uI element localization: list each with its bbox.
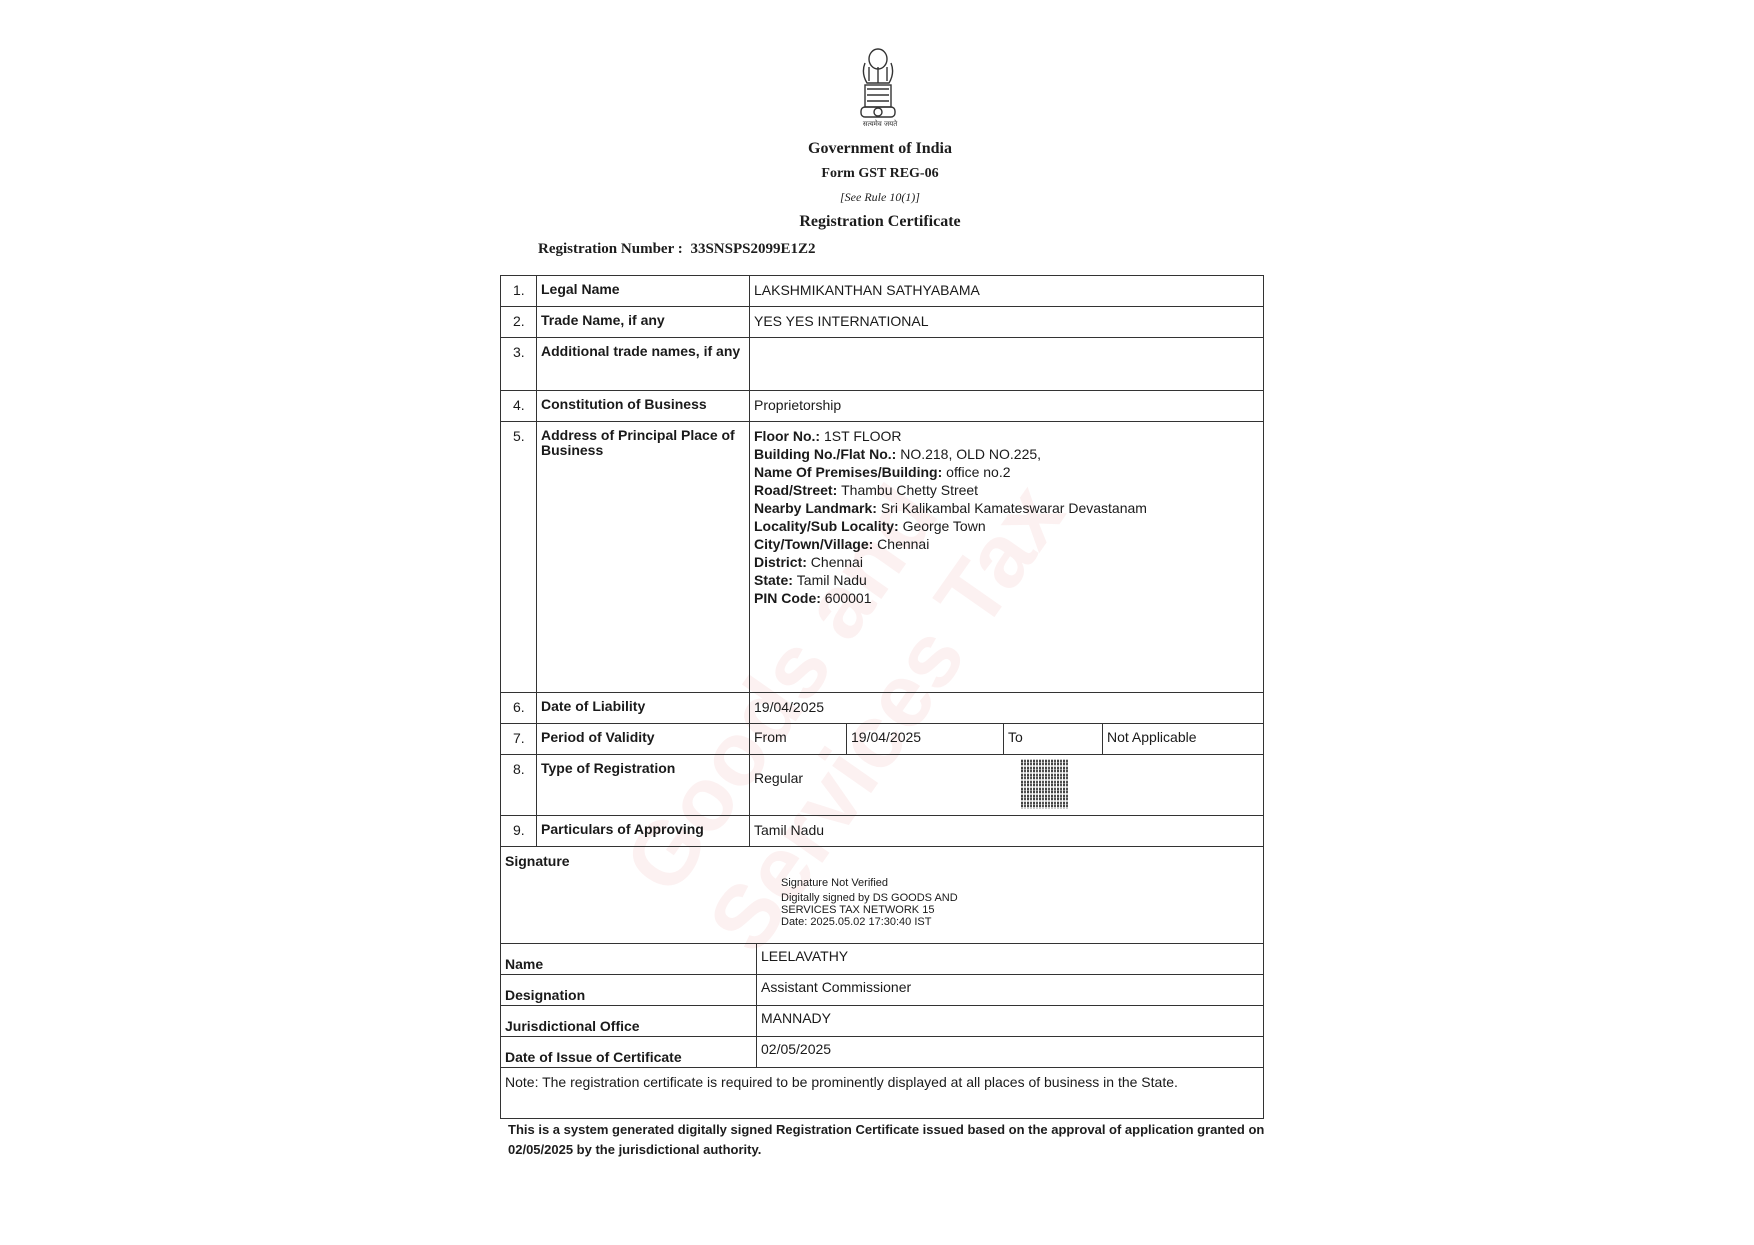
address-field-value: Chennai bbox=[811, 554, 863, 570]
row-number: 6. bbox=[501, 693, 537, 723]
row-number: 4. bbox=[501, 391, 537, 421]
designation-value: Assistant Commissioner bbox=[757, 975, 1263, 1005]
table-row: 4. Constitution of Business Proprietorsh… bbox=[501, 391, 1263, 422]
certificate-table: 1. Legal Name LAKSHMIKANTHAN SATHYABAMA … bbox=[500, 275, 1264, 1119]
date-of-liability-value: 19/04/2025 bbox=[750, 693, 1263, 723]
officer-row: Designation Assistant Commissioner bbox=[501, 975, 1263, 1006]
row-label: Constitution of Business bbox=[537, 391, 750, 421]
row-number: 8. bbox=[501, 755, 537, 815]
row-number: 5. bbox=[501, 422, 537, 692]
officer-row: Jurisdictional Office MANNADY bbox=[501, 1006, 1263, 1037]
table-row: 6. Date of Liability 19/04/2025 bbox=[501, 693, 1263, 724]
table-row: 2. Trade Name, if any YES YES INTERNATIO… bbox=[501, 307, 1263, 338]
certificate-page: सत्यमेव जयते Government of India Form GS… bbox=[0, 0, 1754, 1245]
row-number: 2. bbox=[501, 307, 537, 337]
address-line: Floor No.: 1ST FLOOR bbox=[754, 427, 1259, 445]
address-field-value: Tamil Nadu bbox=[797, 572, 867, 588]
signature-status: Signature Not Verified bbox=[781, 877, 958, 889]
approving-value: Tamil Nadu bbox=[750, 816, 1263, 846]
signature-signer: Digitally signed by DS GOODS AND bbox=[781, 892, 958, 904]
address-field-value: Thambu Chetty Street bbox=[841, 482, 978, 498]
signature-signer-org: SERVICES TAX NETWORK 15 bbox=[781, 904, 958, 916]
table-row: 9. Particulars of Approving Tamil Nadu bbox=[501, 816, 1263, 847]
address-value: Floor No.: 1ST FLOORBuilding No./Flat No… bbox=[750, 422, 1263, 692]
address-line: Locality/Sub Locality: George Town bbox=[754, 517, 1259, 535]
address-field-label: Name Of Premises/Building: bbox=[754, 464, 946, 480]
row-label: Legal Name bbox=[537, 276, 750, 306]
table-row: 3. Additional trade names, if any bbox=[501, 338, 1263, 391]
officer-name-label: Name bbox=[501, 944, 757, 974]
signature-label: Signature bbox=[501, 847, 1263, 875]
issue-date-label: Date of Issue of Certificate bbox=[501, 1037, 757, 1067]
officer-name-value: LEELAVATHY bbox=[757, 944, 1263, 974]
address-line: District: Chennai bbox=[754, 553, 1259, 571]
registration-number: Registration Number : 33SNSPS2099E1Z2 bbox=[538, 241, 816, 258]
address-field-label: Floor No.: bbox=[754, 428, 824, 444]
row-number: 1. bbox=[501, 276, 537, 306]
address-line: City/Town/Village: Chennai bbox=[754, 535, 1259, 553]
legal-name-value: LAKSHMIKANTHAN SATHYABAMA bbox=[750, 276, 1263, 306]
table-row: 7. Period of Validity From 19/04/2025 To… bbox=[501, 724, 1263, 755]
address-field-label: Road/Street: bbox=[754, 482, 841, 498]
rule-reference: [See Rule 10(1)] bbox=[700, 190, 1060, 205]
signature-row: Signature Signature Not Verified Digital… bbox=[501, 847, 1263, 944]
government-title: Government of India bbox=[700, 140, 1060, 158]
address-line: Name Of Premises/Building: office no.2 bbox=[754, 463, 1259, 481]
form-title: Form GST REG-06 bbox=[700, 166, 1060, 182]
address-field-label: State: bbox=[754, 572, 797, 588]
registration-type-value: Regular bbox=[750, 755, 1263, 815]
address-line: Nearby Landmark: Sri Kalikambal Kamatesw… bbox=[754, 499, 1259, 517]
certificate-title: Registration Certificate bbox=[700, 213, 1060, 231]
row-number: 3. bbox=[501, 338, 537, 390]
address-field-value: Chennai bbox=[877, 536, 929, 552]
address-field-label: PIN Code: bbox=[754, 590, 825, 606]
registration-number-label: Registration Number : bbox=[538, 241, 683, 257]
address-field-value: 600001 bbox=[825, 590, 872, 606]
address-field-label: District: bbox=[754, 554, 811, 570]
validity-to-label: To bbox=[1004, 724, 1103, 754]
address-line: Building No./Flat No.: NO.218, OLD NO.22… bbox=[754, 445, 1259, 463]
address-field-value: George Town bbox=[903, 518, 986, 534]
registration-number-value: 33SNSPS2099E1Z2 bbox=[690, 241, 815, 257]
validity-to-value: Not Applicable bbox=[1103, 724, 1263, 754]
validity-from-label: From bbox=[750, 724, 847, 754]
row-label: Date of Liability bbox=[537, 693, 750, 723]
issue-date-value: 02/05/2025 bbox=[757, 1037, 1263, 1067]
jurisdictional-office-value: MANNADY bbox=[757, 1006, 1263, 1036]
row-label: Period of Validity bbox=[537, 724, 750, 754]
address-line: PIN Code: 600001 bbox=[754, 589, 1259, 607]
row-number: 9. bbox=[501, 816, 537, 846]
row-label: Additional trade names, if any bbox=[537, 338, 750, 390]
address-field-label: Locality/Sub Locality: bbox=[754, 518, 903, 534]
address-field-label: City/Town/Village: bbox=[754, 536, 877, 552]
table-row: 5. Address of Principal Place of Busines… bbox=[501, 422, 1263, 693]
address-field-value: 1ST FLOOR bbox=[824, 428, 902, 444]
note-row: Note: The registration certificate is re… bbox=[501, 1068, 1263, 1118]
officer-row: Name LEELAVATHY bbox=[501, 944, 1263, 975]
row-number: 7. bbox=[501, 724, 537, 754]
display-note: Note: The registration certificate is re… bbox=[501, 1068, 1263, 1096]
address-field-value: NO.218, OLD NO.225, bbox=[900, 446, 1041, 462]
address-field-value: Sri Kalikambal Kamateswarar Devastanam bbox=[881, 500, 1147, 516]
emblem-motto: सत्यमेव जयते bbox=[850, 120, 910, 129]
address-field-value: office no.2 bbox=[946, 464, 1010, 480]
address-line: State: Tamil Nadu bbox=[754, 571, 1259, 589]
signature-date: Date: 2025.05.02 17:30:40 IST bbox=[781, 916, 958, 928]
validity-from-value: 19/04/2025 bbox=[847, 724, 1004, 754]
row-label: Type of Registration bbox=[537, 755, 750, 815]
officer-row: Date of Issue of Certificate 02/05/2025 bbox=[501, 1037, 1263, 1068]
address-field-label: Nearby Landmark: bbox=[754, 500, 881, 516]
additional-trade-names-value bbox=[750, 338, 1263, 390]
constitution-value: Proprietorship bbox=[750, 391, 1263, 421]
digital-signature: Signature Not Verified Digitally signed … bbox=[781, 877, 958, 928]
trade-name-value: YES YES INTERNATIONAL bbox=[750, 307, 1263, 337]
designation-label: Designation bbox=[501, 975, 757, 1005]
address-line: Road/Street: Thambu Chetty Street bbox=[754, 481, 1259, 499]
row-label: Address of Principal Place of Business bbox=[537, 422, 750, 692]
row-label: Particulars of Approving bbox=[537, 816, 750, 846]
qr-code-icon bbox=[1021, 759, 1069, 809]
address-field-label: Building No./Flat No.: bbox=[754, 446, 900, 462]
row-label: Trade Name, if any bbox=[537, 307, 750, 337]
system-generated-footer: This is a system generated digitally sig… bbox=[508, 1120, 1268, 1160]
table-row: 1. Legal Name LAKSHMIKANTHAN SATHYABAMA bbox=[501, 276, 1263, 307]
table-row: 8. Type of Registration Regular bbox=[501, 755, 1263, 816]
national-emblem-icon bbox=[855, 45, 901, 127]
jurisdictional-office-label: Jurisdictional Office bbox=[501, 1006, 757, 1036]
